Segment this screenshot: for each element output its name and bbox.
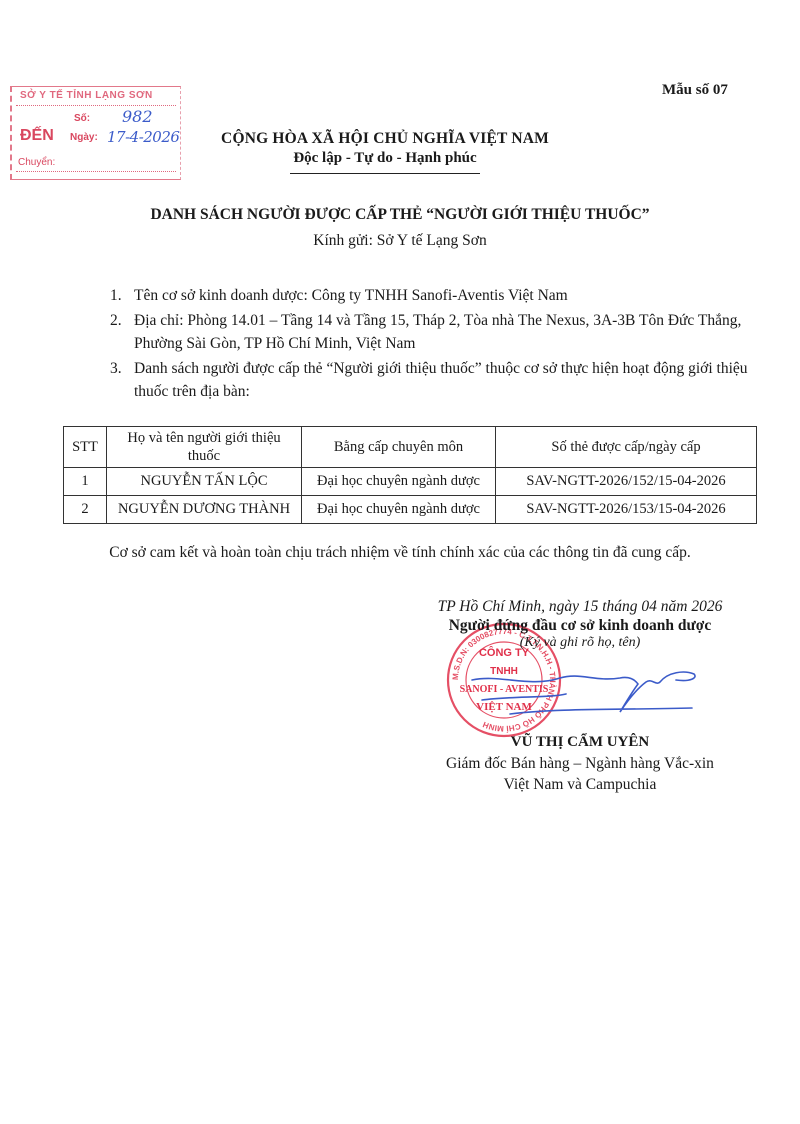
info-list: 1. Tên cơ sở kinh doanh dược: Công ty TN… <box>110 284 750 405</box>
national-title: CỘNG HÒA XÃ HỘI CHỦ NGHĨA VIỆT NAM <box>220 130 550 148</box>
place-date: TP Hồ Chí Minh, ngày 15 tháng 04 năm 202… <box>400 598 760 616</box>
list-item: 1. Tên cơ sở kinh doanh dược: Công ty TN… <box>110 284 750 307</box>
header-stt: STT <box>64 427 107 468</box>
stamp-forward-label: Chuyển: <box>18 157 55 168</box>
table-row: 2 NGUYỄN DƯƠNG THÀNH Đại học chuyên ngàn… <box>64 496 757 524</box>
stamp-number-label: Số: <box>74 113 90 124</box>
cell-stt: 1 <box>64 468 107 496</box>
stamp-date-value: 17-4-2026 <box>107 128 179 146</box>
divider <box>16 105 176 106</box>
cell-name: NGUYỄN DƯƠNG THÀNH <box>107 496 302 524</box>
document-title: DANH SÁCH NGƯỜI ĐƯỢC CẤP THẺ “NGƯỜI GIỚI… <box>0 206 800 224</box>
cell-name: NGUYỄN TẤN LỘC <box>107 468 302 496</box>
header-underline <box>290 173 480 174</box>
stamp-title: SỞ Y TẾ TỈNH LẠNG SƠN <box>20 90 153 101</box>
header-card-number: Số thẻ được cấp/ngày cấp <box>496 427 757 468</box>
recipient-line: Kính gửi: Sở Y tế Lạng Sơn <box>0 232 800 250</box>
item-number: 2. <box>110 309 122 332</box>
form-number: Mẫu số 07 <box>662 82 728 99</box>
item-text: Danh sách người được cấp thẻ “Người giới… <box>134 360 748 400</box>
stamp-received-label: ĐẾN <box>20 127 54 145</box>
national-motto: Độc lập - Tự do - Hạnh phúc <box>220 150 550 167</box>
stamp-date-label: Ngày: <box>70 132 98 143</box>
signer-title-line1: Giám đốc Bán hàng – Ngành hàng Vắc-xin <box>400 755 760 773</box>
divider <box>16 171 176 172</box>
signer-role: Người đứng đầu cơ sở kinh doanh dược <box>400 617 760 635</box>
item-number: 1. <box>110 284 122 307</box>
representatives-table: STT Họ và tên người giới thiệu thuốc Bằn… <box>63 426 757 524</box>
signer-name: VŨ THỊ CẨM UYÊN <box>400 734 760 751</box>
cell-card-number: SAV-NGTT-2026/152/15-04-2026 <box>496 468 757 496</box>
table-row: 1 NGUYỄN TẤN LỘC Đại học chuyên ngành dư… <box>64 468 757 496</box>
item-text: Tên cơ sở kinh doanh dược: Công ty TNHH … <box>134 287 568 304</box>
cell-stt: 2 <box>64 496 107 524</box>
handwritten-signature <box>470 660 700 720</box>
list-item: 2. Địa chỉ: Phòng 14.01 – Tầng 14 và Tần… <box>110 309 750 355</box>
stamp-number-value: 982 <box>122 107 153 126</box>
list-item: 3. Danh sách người được cấp thẻ “Người g… <box>110 357 750 403</box>
cell-degree: Đại học chuyên ngành dược <box>302 496 496 524</box>
cell-card-number: SAV-NGTT-2026/153/15-04-2026 <box>496 496 757 524</box>
national-header: CỘNG HÒA XÃ HỘI CHỦ NGHĨA VIỆT NAM Độc l… <box>220 130 550 174</box>
cell-degree: Đại học chuyên ngành dược <box>302 468 496 496</box>
signer-title-line2: Việt Nam và Campuchia <box>400 776 760 794</box>
header-name: Họ và tên người giới thiệu thuốc <box>107 427 302 468</box>
incoming-document-stamp: SỞ Y TẾ TỈNH LẠNG SƠN ĐẾN Số: 982 Ngày: … <box>10 86 181 180</box>
sign-note: (Ký và ghi rõ họ, tên) <box>400 635 760 651</box>
header-degree: Bằng cấp chuyên môn <box>302 427 496 468</box>
item-number: 3. <box>110 357 122 380</box>
table-header-row: STT Họ và tên người giới thiệu thuốc Bằn… <box>64 427 757 468</box>
commitment-statement: Cơ sở cam kết và hoàn toàn chịu trách nh… <box>0 544 800 562</box>
signature-block: TP Hồ Chí Minh, ngày 15 tháng 04 năm 202… <box>400 598 760 651</box>
item-text: Địa chỉ: Phòng 14.01 – Tầng 14 và Tầng 1… <box>134 312 741 352</box>
